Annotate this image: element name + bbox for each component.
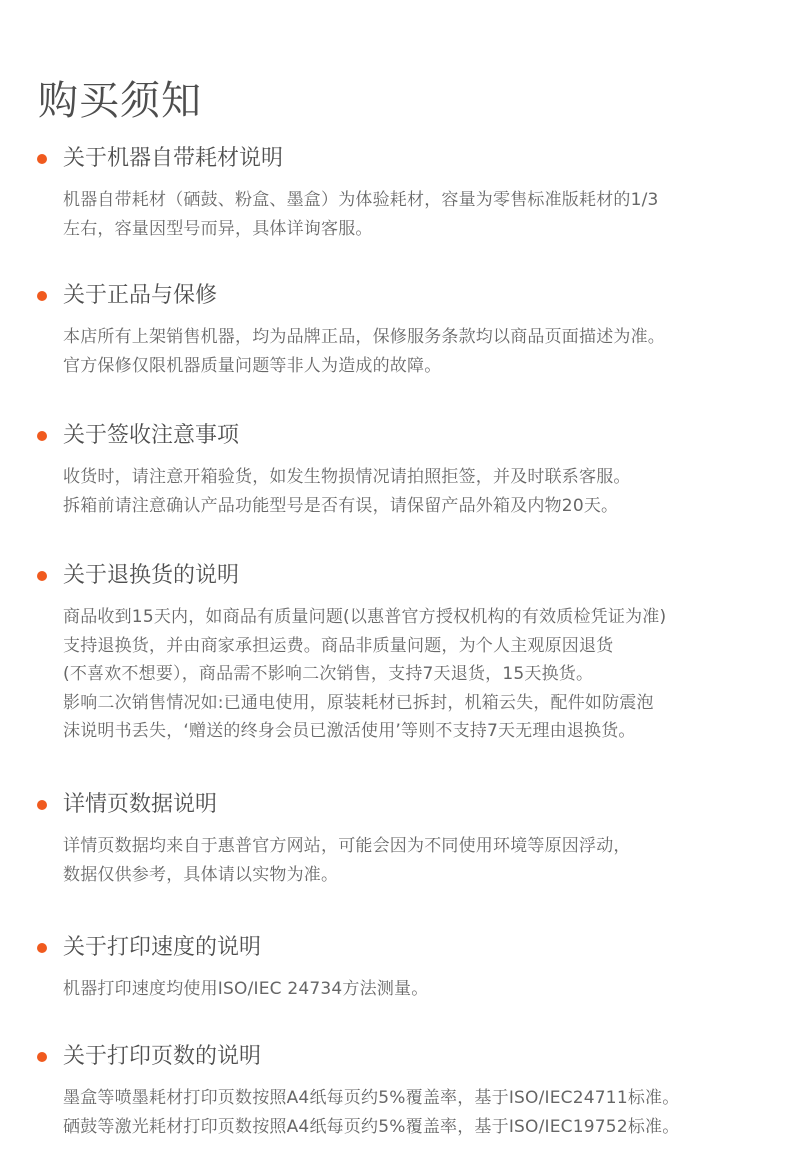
section-title: 详情页数据说明 [63, 790, 217, 820]
section-title: 关于机器自带耗材说明 [63, 144, 283, 174]
section-text-line: 硒鼓等激光耗材打印页数按照A4纸每页约5%覆盖率，基于ISO/IEC19752标… [63, 1113, 790, 1142]
section-body: 墨盒等喷墨耗材打印页数按照A4纸每页约5%覆盖率，基于ISO/IEC24711标… [0, 1084, 790, 1141]
bullet-dot-icon [37, 431, 47, 441]
section-body: 详情页数据均来自于惠普官方网站，可能会因为不同使用环境等原因浮动， 数据仅供参考… [0, 832, 790, 889]
bullet-dot-icon [37, 291, 47, 301]
page-title: 购买须知 [38, 75, 202, 127]
section-title: 关于退换货的说明 [63, 561, 239, 591]
bullet-dot-icon [37, 1052, 47, 1062]
section-header: 关于正品与保修 [0, 281, 790, 311]
section-text-line: 本店所有上架销售机器，均为品牌正品，保修服务条款均以商品页面描述为准。 [63, 323, 790, 352]
section-page-yield: 关于打印页数的说明 墨盒等喷墨耗材打印页数按照A4纸每页约5%覆盖率，基于ISO… [0, 1042, 790, 1141]
section-bundled-consumables: 关于机器自带耗材说明 机器自带耗材（硒鼓、粉盒、墨盒）为体验耗材，容量为零售标准… [0, 144, 790, 243]
section-text-line: 影响二次销售情况如:已通电使用，原装耗材已拆封，机箱云失，配件如防震泡 [63, 689, 790, 718]
bullet-dot-icon [37, 943, 47, 953]
section-text-line: 官方保修仅限机器质量问题等非人为造成的故障。 [63, 352, 790, 381]
section-returns-exchanges: 关于退换货的说明 商品收到15天内，如商品有质量问题(以惠普官方授权机构的有效质… [0, 561, 790, 746]
section-body: 本店所有上架销售机器，均为品牌正品，保修服务条款均以商品页面描述为准。 官方保修… [0, 323, 790, 380]
section-authentic-warranty: 关于正品与保修 本店所有上架销售机器，均为品牌正品，保修服务条款均以商品页面描述… [0, 281, 790, 380]
section-text-line: 拆箱前请注意确认产品功能型号是否有误，请保留产品外箱及内物20天。 [63, 492, 790, 521]
section-text-line: 左右，容量因型号而异，具体详询客服。 [63, 215, 790, 244]
section-text-line: 商品收到15天内，如商品有质量问题(以惠普官方授权机构的有效质检凭证为准) [63, 603, 790, 632]
bullet-dot-icon [37, 154, 47, 164]
section-title: 关于签收注意事项 [63, 421, 239, 451]
section-text-line: 支持退换货，并由商家承担运费。商品非质量问题，为个人主观原因退货 [63, 632, 790, 661]
bullet-dot-icon [37, 571, 47, 581]
section-text-line: 详情页数据均来自于惠普官方网站，可能会因为不同使用环境等原因浮动， [63, 832, 790, 861]
bullet-dot-icon [37, 800, 47, 810]
section-title: 关于正品与保修 [63, 281, 217, 311]
section-header: 关于退换货的说明 [0, 561, 790, 591]
section-header: 详情页数据说明 [0, 790, 790, 820]
section-detail-page-data: 详情页数据说明 详情页数据均来自于惠普官方网站，可能会因为不同使用环境等原因浮动… [0, 790, 790, 889]
section-title: 关于打印速度的说明 [63, 933, 261, 963]
section-text-line: 机器自带耗材（硒鼓、粉盒、墨盒）为体验耗材，容量为零售标准版耗材的1/3 [63, 186, 790, 215]
section-text-line: 数据仅供参考，具体请以实物为准。 [63, 861, 790, 890]
section-print-speed: 关于打印速度的说明 机器打印速度均使用ISO/IEC 24734方法测量。 [0, 933, 790, 1004]
section-text-line: 墨盒等喷墨耗材打印页数按照A4纸每页约5%覆盖率，基于ISO/IEC24711标… [63, 1084, 790, 1113]
section-text-line: 机器打印速度均使用ISO/IEC 24734方法测量。 [63, 975, 790, 1004]
section-header: 关于打印页数的说明 [0, 1042, 790, 1072]
section-text-line: (不喜欢不想要），商品需不影响二次销售，支持7天退货，15天换货。 [63, 660, 790, 689]
section-title: 关于打印页数的说明 [63, 1042, 261, 1072]
section-text-line: 收货时，请注意开箱验货，如发生物损情况请拍照拒签，并及时联系客服。 [63, 463, 790, 492]
section-header: 关于打印速度的说明 [0, 933, 790, 963]
section-body: 商品收到15天内，如商品有质量问题(以惠普官方授权机构的有效质检凭证为准) 支持… [0, 603, 790, 746]
section-body: 机器打印速度均使用ISO/IEC 24734方法测量。 [0, 975, 790, 1004]
section-body: 收货时，请注意开箱验货，如发生物损情况请拍照拒签，并及时联系客服。 拆箱前请注意… [0, 463, 790, 520]
section-header: 关于签收注意事项 [0, 421, 790, 451]
section-header: 关于机器自带耗材说明 [0, 144, 790, 174]
section-delivery-notes: 关于签收注意事项 收货时，请注意开箱验货，如发生物损情况请拍照拒签，并及时联系客… [0, 421, 790, 520]
section-body: 机器自带耗材（硒鼓、粉盒、墨盒）为体验耗材，容量为零售标准版耗材的1/3 左右，… [0, 186, 790, 243]
section-text-line: 沫说明书丢失，‘赠送的终身会员已激活使用’等则不支持7天无理由退换货。 [63, 717, 790, 746]
